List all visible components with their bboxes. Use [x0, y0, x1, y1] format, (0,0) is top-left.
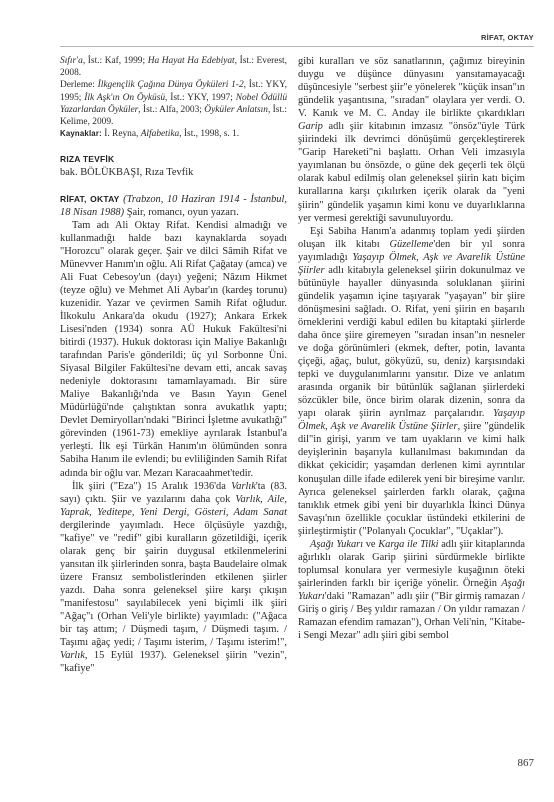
page-number: 867 — [470, 757, 534, 769]
header-rule — [60, 46, 534, 47]
biography-paragraph: Tam adı Ali Oktay Rifat. Kendisi almadığ… — [60, 219, 287, 480]
text: , şiire "gündelik dil"in girişi, yarım v… — [298, 421, 525, 536]
source-author: İ. Reyna, — [104, 129, 140, 139]
entry-role: Şair, romancı, oyun yazarı. — [124, 207, 239, 218]
text: ve — [363, 539, 378, 550]
entry-heading-riza-tevfik: RIZA TEVFİK — [60, 153, 287, 166]
entry-title: RIZA TEVFİK — [60, 154, 114, 164]
work-info: , İst.: Kaf, 1999; — [83, 56, 148, 66]
source-info: , İst., 1998, s. 1. — [179, 129, 239, 139]
work-title: İlk Aşk'ın On Öyküsü — [84, 93, 165, 103]
spacer — [60, 180, 287, 193]
work-title: Öyküler Anlatsın — [204, 105, 268, 115]
running-head: RİFAT, OKTAY — [60, 33, 534, 42]
source-title: Alfabetika — [141, 129, 180, 139]
text: adlı şiir kitabının imzasız "önsöz"üyle … — [298, 121, 525, 223]
spacer — [60, 140, 287, 153]
derleme-list: Derleme: İlkgençlik Çağına Dünya Öyküler… — [60, 79, 287, 128]
poetry-paragraph: İlk şiiri ("Eza") 15 Aralık 1936'da Varl… — [60, 480, 287, 676]
text: adlı kitabıyla geleneksel şiirin dokunul… — [298, 265, 525, 420]
cross-reference: bak. BÖLÜKBAŞI, Rıza Tevfik — [60, 166, 287, 179]
work-info: , İst.: Alfa, 2003; — [138, 105, 204, 115]
magazine-title: Varlık — [60, 650, 85, 661]
text: dergilerinde yayımladı. Hece ölçüsüyle y… — [60, 520, 287, 648]
text: gibi kuralları ve söz sanatlarının, çağı… — [298, 56, 525, 119]
poetry-paragraph-continued: gibi kuralları ve söz sanatlarının, çağı… — [298, 55, 525, 225]
work-title: Sıfır'a — [60, 56, 83, 66]
entry-intro-rifat-oktay: RİFAT, OKTAY (Trabzon, 10 Haziran 1914 -… — [60, 193, 287, 219]
entry-title: RİFAT, OKTAY — [60, 194, 120, 204]
book-title: Aşağı Yukarı — [310, 539, 363, 550]
book-title: Karga ile Tilki — [378, 539, 438, 550]
magazine-title: Varlık — [231, 481, 256, 492]
text: İlk şiiri ("Eza") 15 Aralık 1936'da — [72, 481, 231, 492]
books-paragraph: Eşi Sabiha Hanım'a adanmış toplam yedi ş… — [298, 225, 525, 538]
previous-entry-works: Sıfır'a, İst.: Kaf, 1999; Ha Hayat Ha Ed… — [60, 55, 287, 79]
later-books-paragraph: Aşağı Yukarı ve Karga ile Tilki adlı şii… — [298, 538, 525, 642]
right-column: gibi kuralları ve söz sanatlarının, çağı… — [298, 55, 525, 642]
text: 'daki "Ramazan" adlı şiir ("Bir girmiş r… — [298, 591, 525, 641]
derleme-label: Derleme: — [60, 80, 98, 90]
text: , 15 Eylül 1937). Geleneksel şiirin "vez… — [60, 650, 287, 674]
work-info: , İst.: YKY, 1997; — [165, 93, 236, 103]
book-title: Garip — [298, 121, 323, 132]
left-column: Sıfır'a, İst.: Kaf, 1999; Ha Hayat Ha Ed… — [60, 55, 287, 675]
work-title: İlkgençlik Çağına Dünya Öyküleri 1-2 — [98, 80, 244, 90]
book-title: Güzelleme — [390, 239, 434, 250]
work-title: Ha Hayat Ha Edebiyat — [148, 56, 235, 66]
kaynaklar-label: Kaynaklar: — [60, 129, 104, 138]
kaynaklar: Kaynaklar: İ. Reyna, Alfabetika, İst., 1… — [60, 128, 287, 140]
